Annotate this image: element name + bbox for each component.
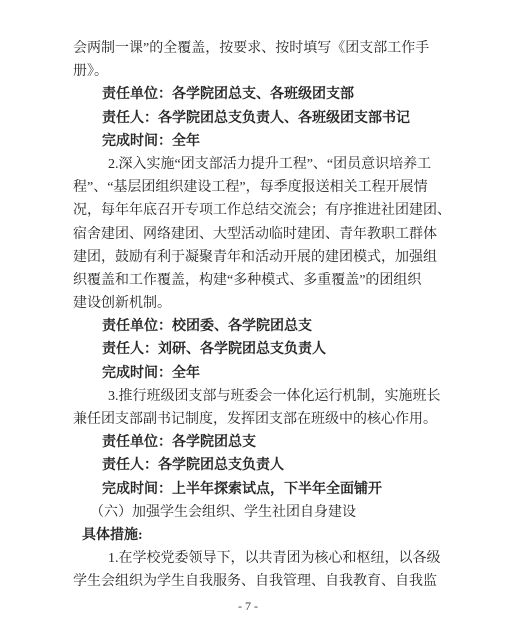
body-text-line: 况，每年年底召开专项工作总结交流会；有序推进社团建团、 (73, 199, 441, 222)
body-text-line: 册》。 (73, 60, 441, 83)
measures-label: 具体措施: (73, 524, 441, 547)
body-text-line: 会两制一课”的全覆盖，按要求、按时填写《团支部工作手 (73, 37, 441, 60)
responsible-unit-line: 责任单位：校团委、各学院团总支 (73, 315, 441, 338)
body-text-line: 兼任团支部副书记制度，发挥团支部在班级中的核心作用。 (73, 408, 441, 431)
responsible-unit-line: 责任单位：各学院团总支 (73, 431, 441, 454)
body-text-line: 建团，鼓励有利于凝聚青年和活动开展的建团模式，加强组 (73, 246, 441, 269)
body-text-line: 织覆盖和工作覆盖，构建“多种模式、多重覆盖”的团组织 (73, 269, 441, 292)
body-text-line: 程”、“基层团组织建设工程”，每季度报送相关工程开展情 (73, 176, 441, 199)
completion-time-line: 完成时间：全年 (73, 130, 441, 153)
completion-time-line: 完成时间：全年 (73, 362, 441, 385)
body-text-line: 建设创新机制。 (73, 292, 441, 315)
responsible-unit-line: 责任单位：各学院团总支、各班级团支部 (73, 83, 441, 106)
body-text-line: 3.推行班级团支部与班委会一体化运行机制，实施班长 (73, 385, 441, 408)
body-text-line: 宿舍建团、网络建团、大型活动临时建团、青年教职工群体 (73, 223, 441, 246)
section-heading: （六）加强学生会组织、学生社团自身建设 (73, 501, 441, 524)
body-text-line: 学生会组织为学生自我服务、自我管理、自我教育、自我监 (73, 570, 441, 593)
document-page: 会两制一课”的全覆盖，按要求、按时填写《团支部工作手 册》。 责任单位：各学院团… (0, 0, 509, 638)
responsible-person-line: 责任人：各学院团总支负责人、各班级团支部书记 (73, 107, 441, 130)
responsible-person-line: 责任人：刘研、各学院团总支负责人 (73, 338, 441, 361)
page-number: - 7 - (0, 599, 496, 614)
body-text-line: 2.深入实施“团支部活力提升工程”、“团员意识培养工 (73, 153, 441, 176)
body-text-line: 1.在学校党委领导下，以共青团为核心和枢纽，以各级 (73, 547, 441, 570)
completion-time-line: 完成时间：上半年探索试点，下半年全面铺开 (73, 478, 441, 501)
responsible-person-line: 责任人：各学院团总支负责人 (73, 454, 441, 477)
document-body: 会两制一课”的全覆盖，按要求、按时填写《团支部工作手 册》。 责任单位：各学院团… (73, 37, 441, 594)
